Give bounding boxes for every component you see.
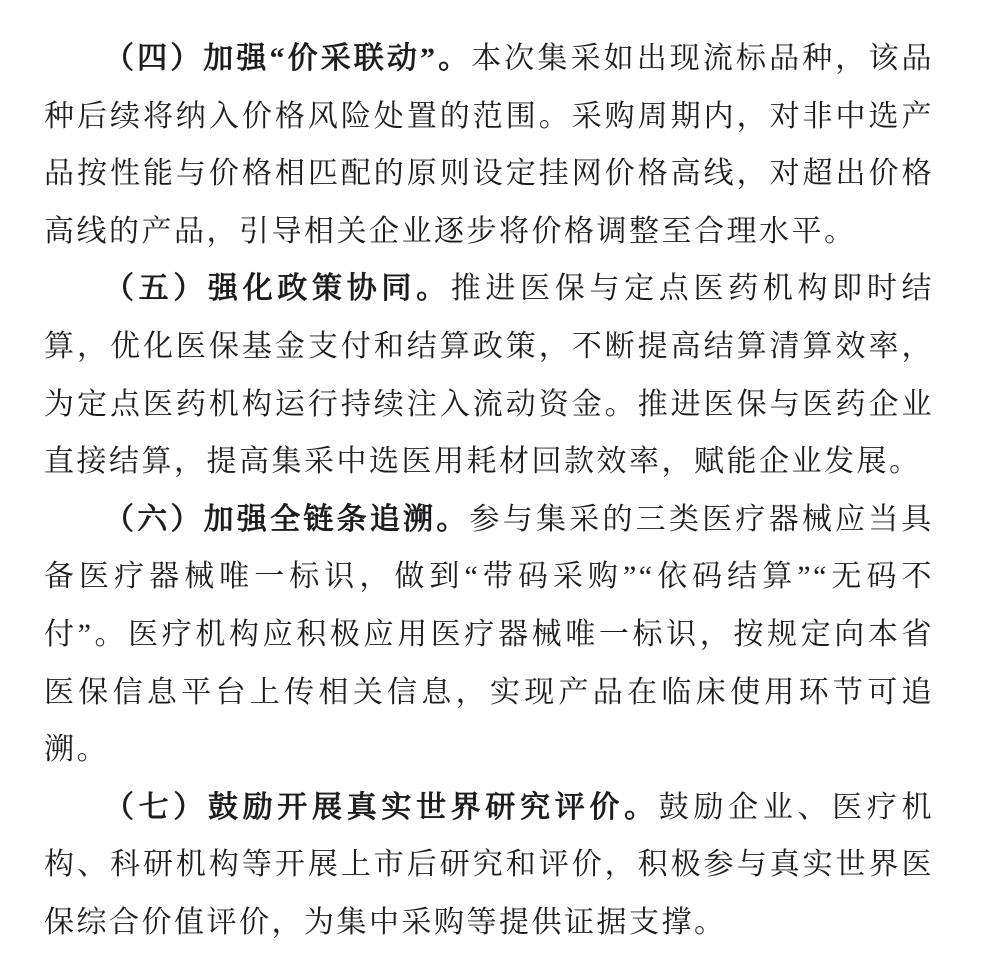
paragraph-item-5: （五）强化政策协同。推进医保与定点医药机构即时结算，优化医保基金支付和结算政策，… [44,260,934,490]
paragraph-item-7: （七）鼓励开展真实世界研究评价。鼓励企业、医疗机构、科研机构等开展上市后研究和评… [44,779,934,952]
paragraph-lead: （四）加强“价采联动”。 [104,42,471,75]
paragraph-lead: （七）鼓励开展真实世界研究评价。 [104,791,659,824]
paragraph-body: 参与集采的三类医疗器械应当具备医疗器械唯一标识，做到“带码采购”“依码结算”“无… [44,503,934,766]
paragraph-item-6: （六）加强全链条追溯。参与集采的三类医疗器械应当具备医疗器械唯一标识，做到“带码… [44,491,934,779]
paragraph-lead: （五）强化政策协同。 [104,272,451,305]
paragraph-item-4: （四）加强“价采联动”。本次集采如出现流标品种，该品种后续将纳入价格风险处置的范… [44,30,934,260]
document-page: （四）加强“价采联动”。本次集采如出现流标品种，该品种后续将纳入价格风险处置的范… [0,0,1004,972]
paragraph-lead: （六）加强全链条追溯。 [104,503,470,536]
